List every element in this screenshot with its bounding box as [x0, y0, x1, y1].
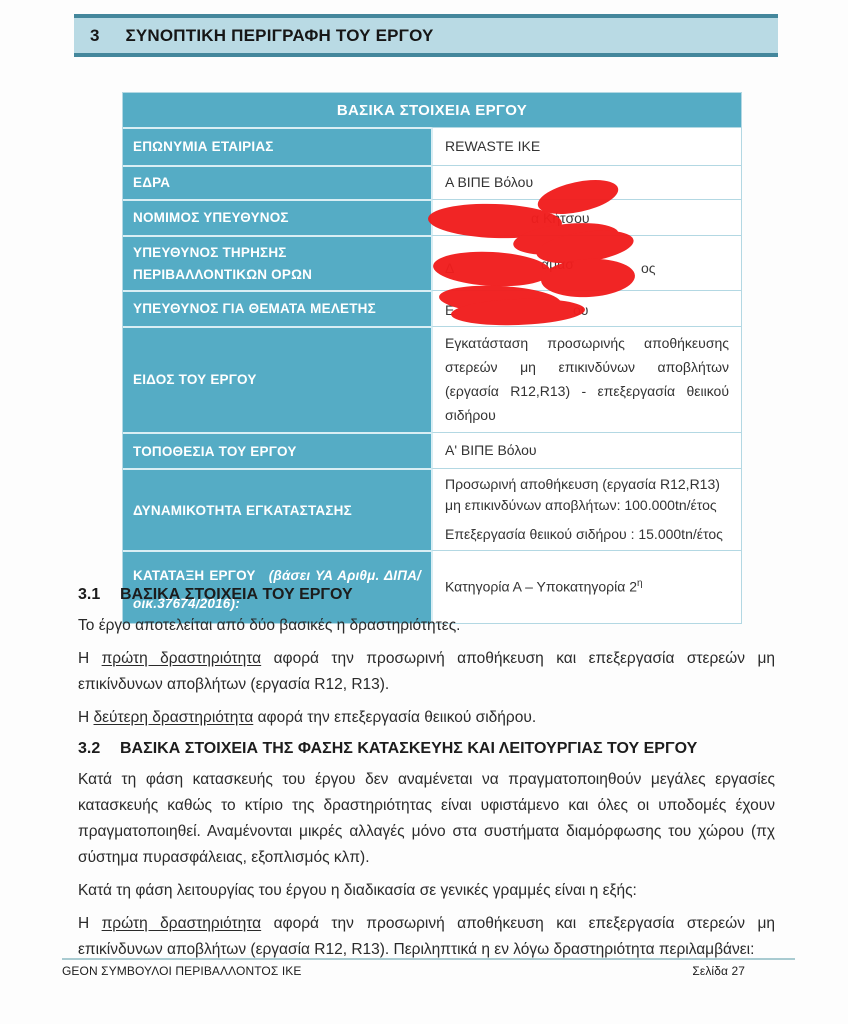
- paragraph: Η πρώτη δραστηριότητα αφορά την προσωριν…: [78, 646, 775, 698]
- paragraph: Η πρώτη δραστηριότητα αφορά την προσωριν…: [78, 911, 775, 963]
- paragraph: Κατά τη φάση κατασκευής του έργου δεν αν…: [78, 767, 775, 871]
- footer-divider: [62, 958, 795, 960]
- table-row: ΕΙΔΟΣ ΤΟΥ ΕΡΓΟΥ Εγκατάσταση προσωρινής α…: [123, 326, 741, 432]
- paragraph: Κατά τη φάση λειτουργίας του έργου η δια…: [78, 878, 775, 904]
- section-number: 3.2: [78, 740, 120, 758]
- underlined-phrase: δεύτερη δραστηριότητα: [94, 709, 254, 726]
- row-value: Α' ΒΙΠΕ Βόλου: [431, 432, 741, 468]
- page-body: 3.1 ΒΑΣΙΚΑ ΣΤΟΙΧΕΙΑ ΤΟΥ ΕΡΓΟΥ Το έργο απ…: [78, 586, 775, 970]
- redacted-text-fragment: αμασ: [541, 254, 574, 275]
- row-value-redacted: α Κήτσου: [431, 199, 741, 235]
- redacted-text-fragment: α Κήτσου: [531, 208, 590, 229]
- capacity-line-1: Προσωρινή αποθήκευση (εργασία R12,R13) μ…: [445, 474, 729, 516]
- row-label: ΤΟΠΟΘΕΣΙΑ ΤΟΥ ΕΡΓΟΥ: [123, 432, 431, 468]
- chapter-heading-band: 3 ΣΥΝΟΠΤΙΚΗ ΠΕΡΙΓΡΑΦΗ ΤΟΥ ΕΡΓΟΥ: [74, 14, 778, 57]
- redacted-text-fragment: Δ: [445, 258, 454, 279]
- table-row: ΕΔΡΑ Α ΒΙΠΕ Βόλου: [123, 165, 741, 199]
- table-row: ΕΠΩΝΥΜΙΑ ΕΤΑΙΡΙΑΣ REWASTE IKE: [123, 127, 741, 165]
- row-value-redacted: Δ αμασ ος: [431, 235, 741, 290]
- row-label: ΥΠΕΥΘΥΝΟΣ ΓΙΑ ΘΕΜΑΤΑ ΜΕΛΕΤΗΣ: [123, 290, 431, 326]
- chapter-title: ΣΥΝΟΠΤΙΚΗ ΠΕΡΙΓΡΑΦΗ ΤΟΥ ΕΡΓΟΥ: [125, 26, 433, 46]
- redacted-text-fragment: ος: [641, 258, 656, 279]
- footer-page-number: Σελίδα 27: [692, 964, 745, 978]
- row-value: Α ΒΙΠΕ Βόλου: [431, 165, 741, 199]
- section-number: 3.1: [78, 586, 120, 604]
- table-row: ΔΥΝΑΜΙΚΟΤΗΤΑ ΕΓΚΑΤΑΣΤΑΣΗΣ Προσωρινή αποθ…: [123, 468, 741, 550]
- table-row: ΥΠΕΥΘΥΝΟΣ ΓΙΑ ΘΕΜΑΤΑ ΜΕΛΕΤΗΣ Ε ου: [123, 290, 741, 326]
- row-label: ΝΟΜΙΜΟΣ ΥΠΕΥΘΥΝΟΣ: [123, 199, 431, 235]
- underlined-phrase: πρώτη δραστηριότητα: [102, 915, 262, 932]
- row-label: ΕΠΩΝΥΜΙΑ ΕΤΑΙΡΙΑΣ: [123, 127, 431, 165]
- document-page: 3 ΣΥΝΟΠΤΙΚΗ ΠΕΡΙΓΡΑΦΗ ΤΟΥ ΕΡΓΟΥ ΒΑΣΙΚΑ Σ…: [0, 0, 848, 1024]
- footer-company: GEON ΣΥΜΒΟΥΛΟΙ ΠΕΡΙΒΑΛΛΟΝΤΟΣ ΙΚΕ: [62, 964, 301, 978]
- section-heading-3-1: 3.1 ΒΑΣΙΚΑ ΣΤΟΙΧΕΙΑ ΤΟΥ ΕΡΓΟΥ: [78, 586, 775, 604]
- row-value: REWASTE IKE: [431, 127, 741, 165]
- paragraph: Το έργο αποτελείται από δύο βασικές η δρ…: [78, 613, 775, 639]
- redacted-text-fragment: ου: [573, 300, 588, 321]
- section-title: ΒΑΣΙΚΑ ΣΤΟΙΧΕΙΑ ΤΗΣ ΦΑΣΗΣ ΚΑΤΑΣΚΕΥΗΣ ΚΑΙ…: [120, 740, 697, 758]
- row-label-main: ΚΑΤΑΤΑΞΗ ΕΡΓΟΥ: [133, 568, 256, 583]
- table-row: ΝΟΜΙΜΟΣ ΥΠΕΥΘΥΝΟΣ α Κήτσου: [123, 199, 741, 235]
- table-title: ΒΑΣΙΚΑ ΣΤΟΙΧΕΙΑ ΕΡΓΟΥ: [123, 93, 741, 127]
- chapter-number: 3: [90, 26, 99, 46]
- project-data-table: ΒΑΣΙΚΑ ΣΤΟΙΧΕΙΑ ΕΡΓΟΥ ΕΠΩΝΥΜΙΑ ΕΤΑΙΡΙΑΣ …: [122, 92, 742, 624]
- row-label: ΔΥΝΑΜΙΚΟΤΗΤΑ ΕΓΚΑΤΑΣΤΑΣΗΣ: [123, 468, 431, 550]
- section-heading-3-2: 3.2 ΒΑΣΙΚΑ ΣΤΟΙΧΕΙΑ ΤΗΣ ΦΑΣΗΣ ΚΑΤΑΣΚΕΥΗΣ…: [78, 740, 775, 758]
- row-value: Εγκατάσταση προσωρινής αποθήκευσης στερε…: [431, 326, 741, 432]
- paragraph: Η δεύτερη δραστηριότητα αφορά την επεξερ…: [78, 705, 775, 731]
- section-title: ΒΑΣΙΚΑ ΣΤΟΙΧΕΙΑ ΤΟΥ ΕΡΓΟΥ: [120, 586, 353, 604]
- row-label: ΥΠΕΥΘΥΝΟΣ ΤΗΡΗΣΗΣ ΠΕΡΙΒΑΛΛΟΝΤΙΚΩΝ ΟΡΩΝ: [123, 235, 431, 290]
- capacity-line-2: Επεξεργασία θειικού σιδήρου : 15.000tn/έ…: [445, 524, 729, 545]
- table-row: ΥΠΕΥΘΥΝΟΣ ΤΗΡΗΣΗΣ ΠΕΡΙΒΑΛΛΟΝΤΙΚΩΝ ΟΡΩΝ Δ…: [123, 235, 741, 290]
- row-label: ΕΙΔΟΣ ΤΟΥ ΕΡΓΟΥ: [123, 326, 431, 432]
- underlined-phrase: πρώτη δραστηριότητα: [102, 650, 262, 667]
- table-row: ΤΟΠΟΘΕΣΙΑ ΤΟΥ ΕΡΓΟΥ Α' ΒΙΠΕ Βόλου: [123, 432, 741, 468]
- row-label: ΕΔΡΑ: [123, 165, 431, 199]
- redacted-text-fragment: Ε: [445, 300, 454, 321]
- page-footer: GEON ΣΥΜΒΟΥΛΟΙ ΠΕΡΙΒΑΛΛΟΝΤΟΣ ΙΚΕ Σελίδα …: [62, 964, 745, 978]
- row-value-redacted: Ε ου: [431, 290, 741, 326]
- row-value: Προσωρινή αποθήκευση (εργασία R12,R13) μ…: [431, 468, 741, 550]
